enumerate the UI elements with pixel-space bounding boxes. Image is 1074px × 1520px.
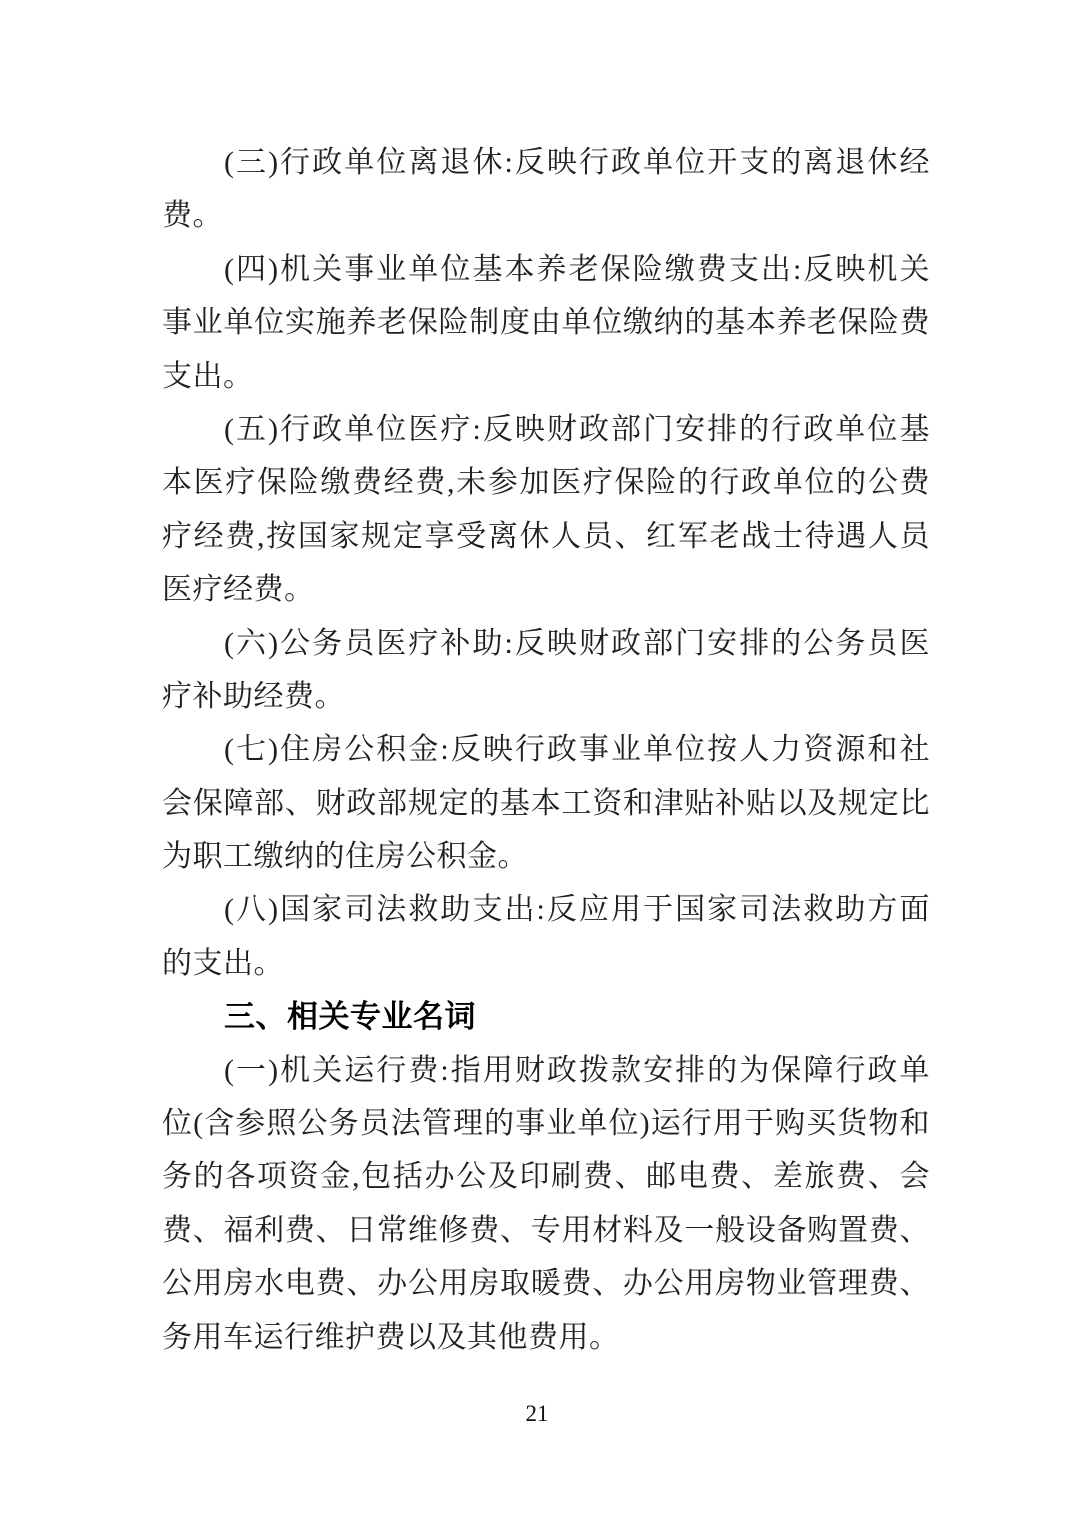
body-line: 务用车运行维护费以及其他费用。: [162, 1311, 930, 1364]
body-line: 的支出。: [162, 937, 930, 990]
body-line: (五)行政单位医疗:反映财政部门安排的行政单位基: [162, 403, 930, 456]
paragraph-item-7: (七)住房公积金:反映行政事业单位按人力资源和社 会保障部、财政部规定的基本工资…: [162, 723, 930, 883]
body-line: (六)公务员医疗补助:反映财政部门安排的公务员医: [162, 617, 930, 670]
body-line: 费、福利费、日常维修费、专用材料及一般设备购置费、办: [162, 1204, 930, 1257]
body-line: 会保障部、财政部规定的基本工资和津贴补贴以及规定比例: [162, 777, 930, 830]
body-line: 务的各项资金,包括办公及印刷费、邮电费、差旅费、会议: [162, 1150, 930, 1203]
page-number: 21: [0, 1400, 1074, 1428]
body-line: 费。: [162, 189, 930, 242]
body-line: 本医疗保险缴费经费,未参加医疗保险的行政单位的公费医: [162, 456, 930, 509]
body-line: (七)住房公积金:反映行政事业单位按人力资源和社: [162, 723, 930, 776]
body-line: 医疗经费。: [162, 563, 930, 616]
body-line: (一)机关运行费:指用财政拨款安排的为保障行政单: [162, 1044, 930, 1097]
paragraph-item-8: (八)国家司法救助支出:反应用于国家司法救助方面 的支出。: [162, 883, 930, 990]
body-line: 疗补助经费。: [162, 670, 930, 723]
paragraph-item-5: (五)行政单位医疗:反映财政部门安排的行政单位基 本医疗保险缴费经费,未参加医疗…: [162, 403, 930, 617]
paragraph-term-1: (一)机关运行费:指用财政拨款安排的为保障行政单 位(含参照公务员法管理的事业单…: [162, 1044, 930, 1364]
body-line: 公用房水电费、办公用房取暖费、办公用房物业管理费、公: [162, 1257, 930, 1310]
section-heading: 三、相关专业名词: [162, 990, 930, 1043]
body-line: (四)机关事业单位基本养老保险缴费支出:反映机关: [162, 243, 930, 296]
document-content: (三)行政单位离退休:反映行政单位开支的离退休经 费。 (四)机关事业单位基本养…: [162, 136, 930, 1364]
body-line: 为职工缴纳的住房公积金。: [162, 830, 930, 883]
body-line: (八)国家司法救助支出:反应用于国家司法救助方面: [162, 883, 930, 936]
body-line: 支出。: [162, 350, 930, 403]
paragraph-item-6: (六)公务员医疗补助:反映财政部门安排的公务员医 疗补助经费。: [162, 617, 930, 724]
body-line: 事业单位实施养老保险制度由单位缴纳的基本养老保险费: [162, 296, 930, 349]
document-page: (三)行政单位离退休:反映行政单位开支的离退休经 费。 (四)机关事业单位基本养…: [0, 0, 1074, 1520]
body-line: 疗经费,按国家规定享受离休人员、红军老战士待遇人员的: [162, 510, 930, 563]
body-line: (三)行政单位离退休:反映行政单位开支的离退休经: [162, 136, 930, 189]
paragraph-item-4: (四)机关事业单位基本养老保险缴费支出:反映机关 事业单位实施养老保险制度由单位…: [162, 243, 930, 403]
paragraph-item-3: (三)行政单位离退休:反映行政单位开支的离退休经 费。: [162, 136, 930, 243]
body-line: 位(含参照公务员法管理的事业单位)运行用于购买货物和服: [162, 1097, 930, 1150]
